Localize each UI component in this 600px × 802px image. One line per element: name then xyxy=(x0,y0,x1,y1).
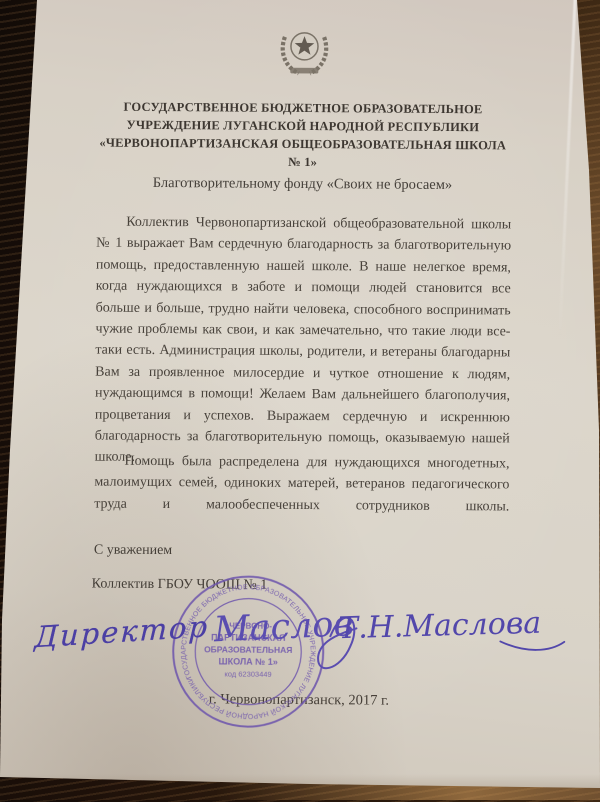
handwritten-full-name: Т.Н.Маслова xyxy=(330,600,570,668)
closing-line: С уважением xyxy=(94,543,172,560)
signature-name-text: Т.Н.Маслова xyxy=(338,606,542,647)
body-paragraph-1: Коллектив Червонопартизанской общеобразо… xyxy=(95,212,512,472)
letter-content: ГОСУДАРСТВЕННОЕ БЮДЖЕТНОЕ ОБРАЗОВАТЕЛЬНО… xyxy=(0,0,600,800)
photo-of-letter-on-wooden-table: { "photo": { "surface": "dark wooden tab… xyxy=(0,0,600,800)
letterhead-line-3: «ЧЕРВОНОПАРТИЗАНСКАЯ ОБЩЕОБРАЗОВАТЕЛЬНАЯ… xyxy=(94,134,512,173)
paper-sheet: ГОСУДАРСТВЕННОЕ БЮДЖЕТНОЕ ОБРАЗОВАТЕЛЬНО… xyxy=(0,0,600,800)
body-paragraph-2: Помощь была распределена для нуждающихся… xyxy=(94,451,509,518)
recipient-line: Благотворительному фонду «Своих не броса… xyxy=(93,175,511,195)
coat-of-arms-icon xyxy=(276,22,332,80)
